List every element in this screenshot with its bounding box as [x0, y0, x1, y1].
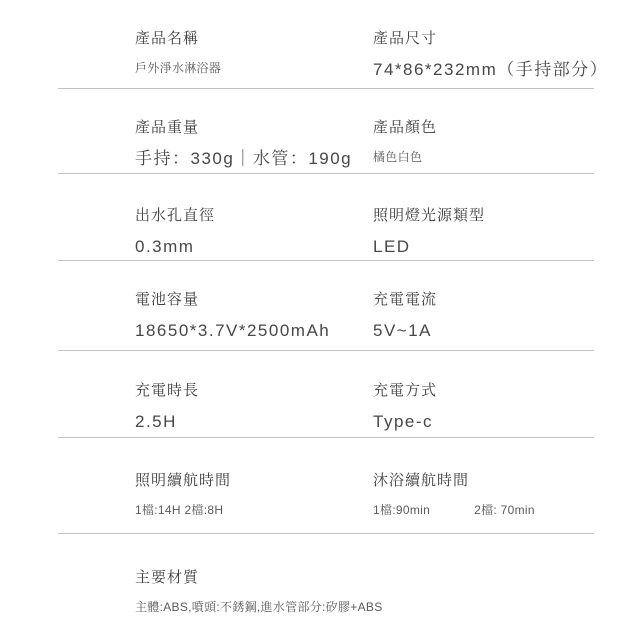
spec-label-nozzle-diameter: 出水孔直徑: [135, 208, 373, 223]
spec-cell-product-weight: 產品重量 手持：330g｜水管：190g: [135, 89, 373, 173]
spec-value-nozzle-diameter: 0.3mm: [135, 238, 373, 256]
spec-label-product-size: 產品尺寸: [373, 31, 608, 46]
spec-cell-charge-method: 充電方式 Type-c: [373, 351, 594, 437]
spec-label-charge-method: 充電方式: [373, 383, 594, 398]
spec-row-material: 主要材質 主體:ABS,噴頭:不銹鋼,進水管部分:矽膠+ABS: [58, 534, 594, 640]
spec-cell-battery-capacity: 電池容量 18650*3.7V*2500mAh: [135, 261, 373, 350]
spec-row-name-size: 產品名稱 戶外淨水淋浴器 產品尺寸 74*86*232mm（手持部分）: [58, 0, 594, 89]
spec-label-product-name: 產品名稱: [135, 31, 373, 46]
spec-value-charge-method: Type-c: [373, 413, 594, 431]
spec-value-shower-endurance-gear2: 2檔: 70min: [474, 504, 535, 517]
spec-label-battery-capacity: 電池容量: [135, 292, 373, 307]
spec-label-charge-current: 充電電流: [373, 292, 594, 307]
spec-value-product-weight: 手持：330g｜水管：190g: [135, 150, 373, 168]
spec-cell-light-endurance: 照明續航時間 1檔:14H 2檔:8H: [135, 438, 373, 533]
spec-table: 產品名稱 戶外淨水淋浴器 產品尺寸 74*86*232mm（手持部分） 產品重量…: [58, 0, 594, 640]
spec-value-charge-time: 2.5H: [135, 413, 373, 431]
spec-value-product-name: 戶外淨水淋浴器: [135, 62, 373, 75]
spec-row-endurance: 照明續航時間 1檔:14H 2檔:8H 沐浴續航時間 1檔:90min 2檔: …: [58, 438, 594, 534]
spec-value-product-size: 74*86*232mm（手持部分）: [373, 61, 608, 79]
product-spec-sheet: 產品名稱 戶外淨水淋浴器 產品尺寸 74*86*232mm（手持部分） 產品重量…: [0, 0, 640, 640]
spec-cell-light-source: 照明燈光源類型 LED: [373, 174, 594, 260]
spec-value-shower-endurance-gear1: 1檔:90min: [373, 504, 430, 517]
spec-cell-product-name: 產品名稱 戶外淨水淋浴器: [135, 0, 373, 88]
spec-row-weight-color: 產品重量 手持：330g｜水管：190g 產品顏色 橘色白色: [58, 89, 594, 174]
spec-value-light-endurance: 1檔:14H 2檔:8H: [135, 504, 373, 517]
spec-label-product-color: 產品顏色: [373, 120, 594, 135]
spec-label-material: 主要材質: [135, 570, 594, 585]
spec-cell-shower-endurance: 沐浴續航時間 1檔:90min 2檔: 70min: [373, 438, 594, 533]
spec-value-shower-endurance: 1檔:90min 2檔: 70min: [373, 504, 594, 517]
spec-cell-charge-current: 充電電流 5V~1A: [373, 261, 594, 350]
spec-value-battery-capacity: 18650*3.7V*2500mAh: [135, 322, 373, 340]
spec-row-chargetime-method: 充電時長 2.5H 充電方式 Type-c: [58, 351, 594, 438]
spec-cell-product-size: 產品尺寸 74*86*232mm（手持部分）: [373, 0, 608, 88]
spec-value-charge-current: 5V~1A: [373, 322, 594, 340]
spec-label-charge-time: 充電時長: [135, 383, 373, 398]
spec-label-light-source: 照明燈光源類型: [373, 208, 594, 223]
spec-value-material: 主體:ABS,噴頭:不銹鋼,進水管部分:矽膠+ABS: [135, 601, 594, 614]
spec-label-shower-endurance: 沐浴續航時間: [373, 473, 594, 488]
spec-value-light-source: LED: [373, 238, 594, 256]
spec-label-light-endurance: 照明續航時間: [135, 473, 373, 488]
spec-cell-material: 主要材質 主體:ABS,噴頭:不銹鋼,進水管部分:矽膠+ABS: [135, 534, 594, 640]
spec-value-product-color: 橘色白色: [373, 151, 594, 164]
spec-cell-nozzle-diameter: 出水孔直徑 0.3mm: [135, 174, 373, 260]
spec-row-battery-current: 電池容量 18650*3.7V*2500mAh 充電電流 5V~1A: [58, 261, 594, 351]
spec-cell-product-color: 產品顏色 橘色白色: [373, 89, 594, 173]
spec-row-nozzle-light: 出水孔直徑 0.3mm 照明燈光源類型 LED: [58, 174, 594, 261]
spec-cell-charge-time: 充電時長 2.5H: [135, 351, 373, 437]
spec-label-product-weight: 產品重量: [135, 120, 373, 135]
